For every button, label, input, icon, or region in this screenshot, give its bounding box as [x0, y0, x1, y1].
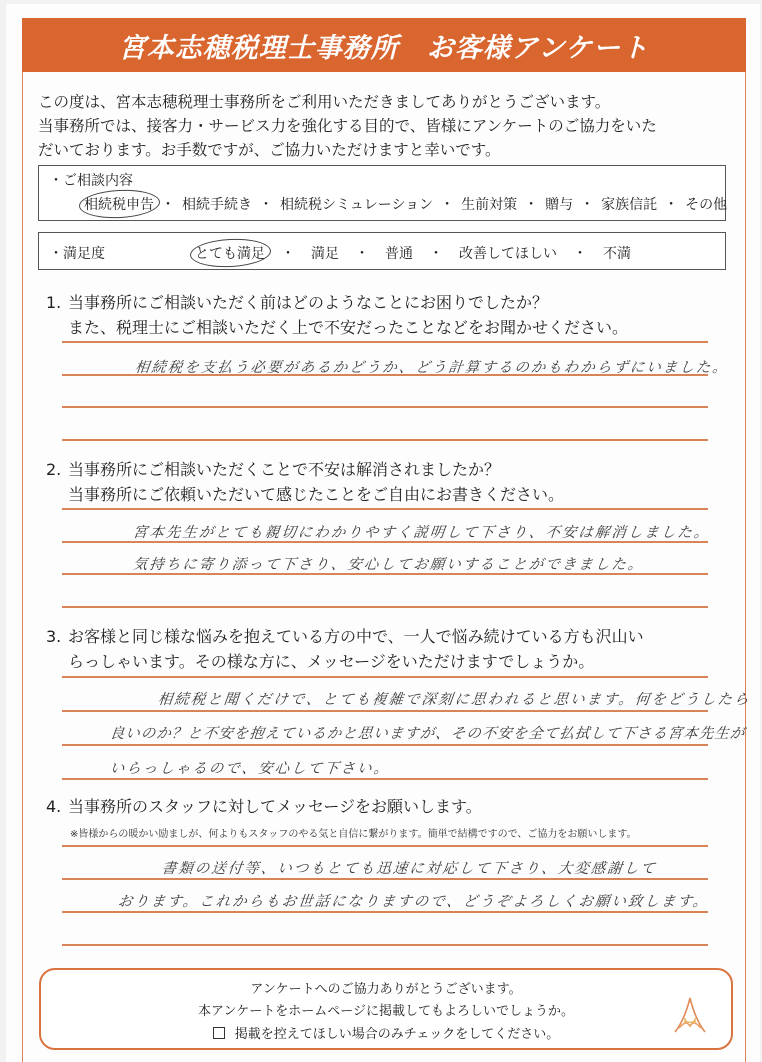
answer-2-line-1[interactable]: 宮本先生がとても親切にわかりやすく説明して下さり、不安は解消しました。	[132, 521, 712, 542]
answer-rule	[62, 911, 708, 913]
answer-rule	[62, 676, 708, 678]
question-2: 2.当事務所にご相談いただくことで不安は解消されましたか？ 当事務所にご依頼いた…	[46, 457, 564, 507]
answer-rule	[62, 744, 708, 746]
consultation-label: ・ご相談内容	[49, 170, 133, 190]
footer-checkbox-row: 掲載を控えてほしい場合のみチェックをしてください。	[41, 1023, 731, 1042]
answer-4-line-2[interactable]: おります。これからもお世話になりますので、どうぞよろしくお願い致します。	[117, 890, 711, 911]
satisfaction-label: ・満足度	[49, 243, 105, 263]
page-title: 宮本志穂税理士事務所 お客様アンケート	[119, 26, 649, 65]
consultation-box: ・ご相談内容 相続税申告・ 相続手続き・ 相続税シミュレーション・ 生前対策・ …	[38, 165, 726, 221]
intro-line: 当事務所では、接客力・サービス力を強化する目的で、皆様にアンケートのご協力をいた	[38, 114, 738, 138]
satisfaction-options: とても満足・ 満足・ 普通・ 改善してほしい・ 不満	[195, 243, 631, 263]
answer-rule	[62, 710, 708, 712]
answer-2-line-2[interactable]: 気持ちに寄り添って下さり、安心してお願いすることができました。	[132, 553, 646, 574]
footer-publish-question: 本アンケートをホームページに掲載してもよろしいでしょうか。	[41, 1000, 731, 1019]
option-needs-improvement[interactable]: 改善してほしい	[459, 243, 557, 263]
opt-out-checkbox[interactable]	[213, 1027, 225, 1039]
footer-thanks: アンケートへのご協力ありがとうございます。	[41, 978, 731, 997]
intro-text: この度は、宮本志穂税理士事務所をご利用いただきましてありがとうございます。 当事…	[38, 90, 738, 162]
answer-rule	[62, 508, 708, 510]
answer-rule	[62, 541, 708, 543]
question-4: 4.当事務所のスタッフに対してメッセージをお願いします。	[46, 794, 482, 819]
option-inheritance-simulation[interactable]: 相続税シミュレーション	[280, 194, 433, 214]
answer-rule	[62, 845, 708, 847]
answer-3-line-3[interactable]: いらっしゃるので、安心して下さい。	[109, 757, 391, 778]
question-1: 1.当事務所にご相談いただく前はどのようなことにお困りでしたか？ また、税理士に…	[46, 290, 628, 340]
answer-3-line-1[interactable]: 相続税と聞くだけで、とても複雑で深刻に思われると思います。何をどうしたら	[157, 688, 752, 709]
mountain-logo-icon	[673, 996, 707, 1036]
option-very-satisfied[interactable]: とても満足	[195, 243, 265, 263]
answer-4-line-1[interactable]: 書類の送付等、いつもとても迅速に対応して下さり、大変感謝して	[161, 857, 658, 878]
checkbox-label: 掲載を控えてほしい場合のみチェックをしてください。	[235, 1027, 560, 1042]
answer-rule	[62, 341, 708, 343]
satisfaction-box: ・満足度 とても満足・ 満足・ 普通・ 改善してほしい・ 不満	[38, 232, 726, 270]
option-pre-death-planning[interactable]: 生前対策	[461, 194, 517, 214]
header-bar: 宮本志穂税理士事務所 お客様アンケート	[22, 18, 746, 72]
intro-line: だいております。お手数ですが、ご協力いただけますと幸いです。	[38, 138, 738, 162]
answer-rule	[62, 878, 708, 880]
question-4-note: ※皆様からの暖かい励ましが、何よりもスタッフのやる気と自信に繋がります。簡単で結…	[70, 825, 637, 840]
option-other[interactable]: その他	[685, 194, 727, 214]
answer-rule	[62, 406, 708, 408]
answer-rule	[62, 374, 708, 376]
answer-rule	[62, 573, 708, 575]
footer-box: アンケートへのご協力ありがとうございます。 本アンケートをホームページに掲載して…	[39, 968, 733, 1050]
option-inheritance-procedure[interactable]: 相続手続き	[182, 194, 252, 214]
intro-line: この度は、宮本志穂税理士事務所をご利用いただきましてありがとうございます。	[38, 90, 738, 114]
answer-rule	[62, 439, 708, 441]
answer-rule	[62, 778, 708, 780]
option-inheritance-tax-filing[interactable]: 相続税申告	[84, 194, 154, 214]
option-dissatisfied[interactable]: 不満	[603, 243, 631, 263]
answer-3-line-2[interactable]: 良いのか？と不安を抱えているかと思いますが、その不安を全て払拭して下さる宮本先生…	[109, 722, 747, 743]
answer-rule	[62, 944, 708, 946]
option-neutral[interactable]: 普通	[385, 243, 413, 263]
option-gift[interactable]: 贈与	[545, 194, 573, 214]
option-satisfied[interactable]: 満足	[311, 243, 339, 263]
consultation-options: 相続税申告・ 相続手続き・ 相続税シミュレーション・ 生前対策・ 贈与・ 家族信…	[84, 194, 727, 214]
question-3: 3.お客様と同じ様な悩みを抱えている方の中で、一人で悩み続けている方も沢山い ら…	[46, 624, 644, 674]
option-family-trust[interactable]: 家族信託	[601, 194, 657, 214]
answer-rule	[62, 606, 708, 608]
